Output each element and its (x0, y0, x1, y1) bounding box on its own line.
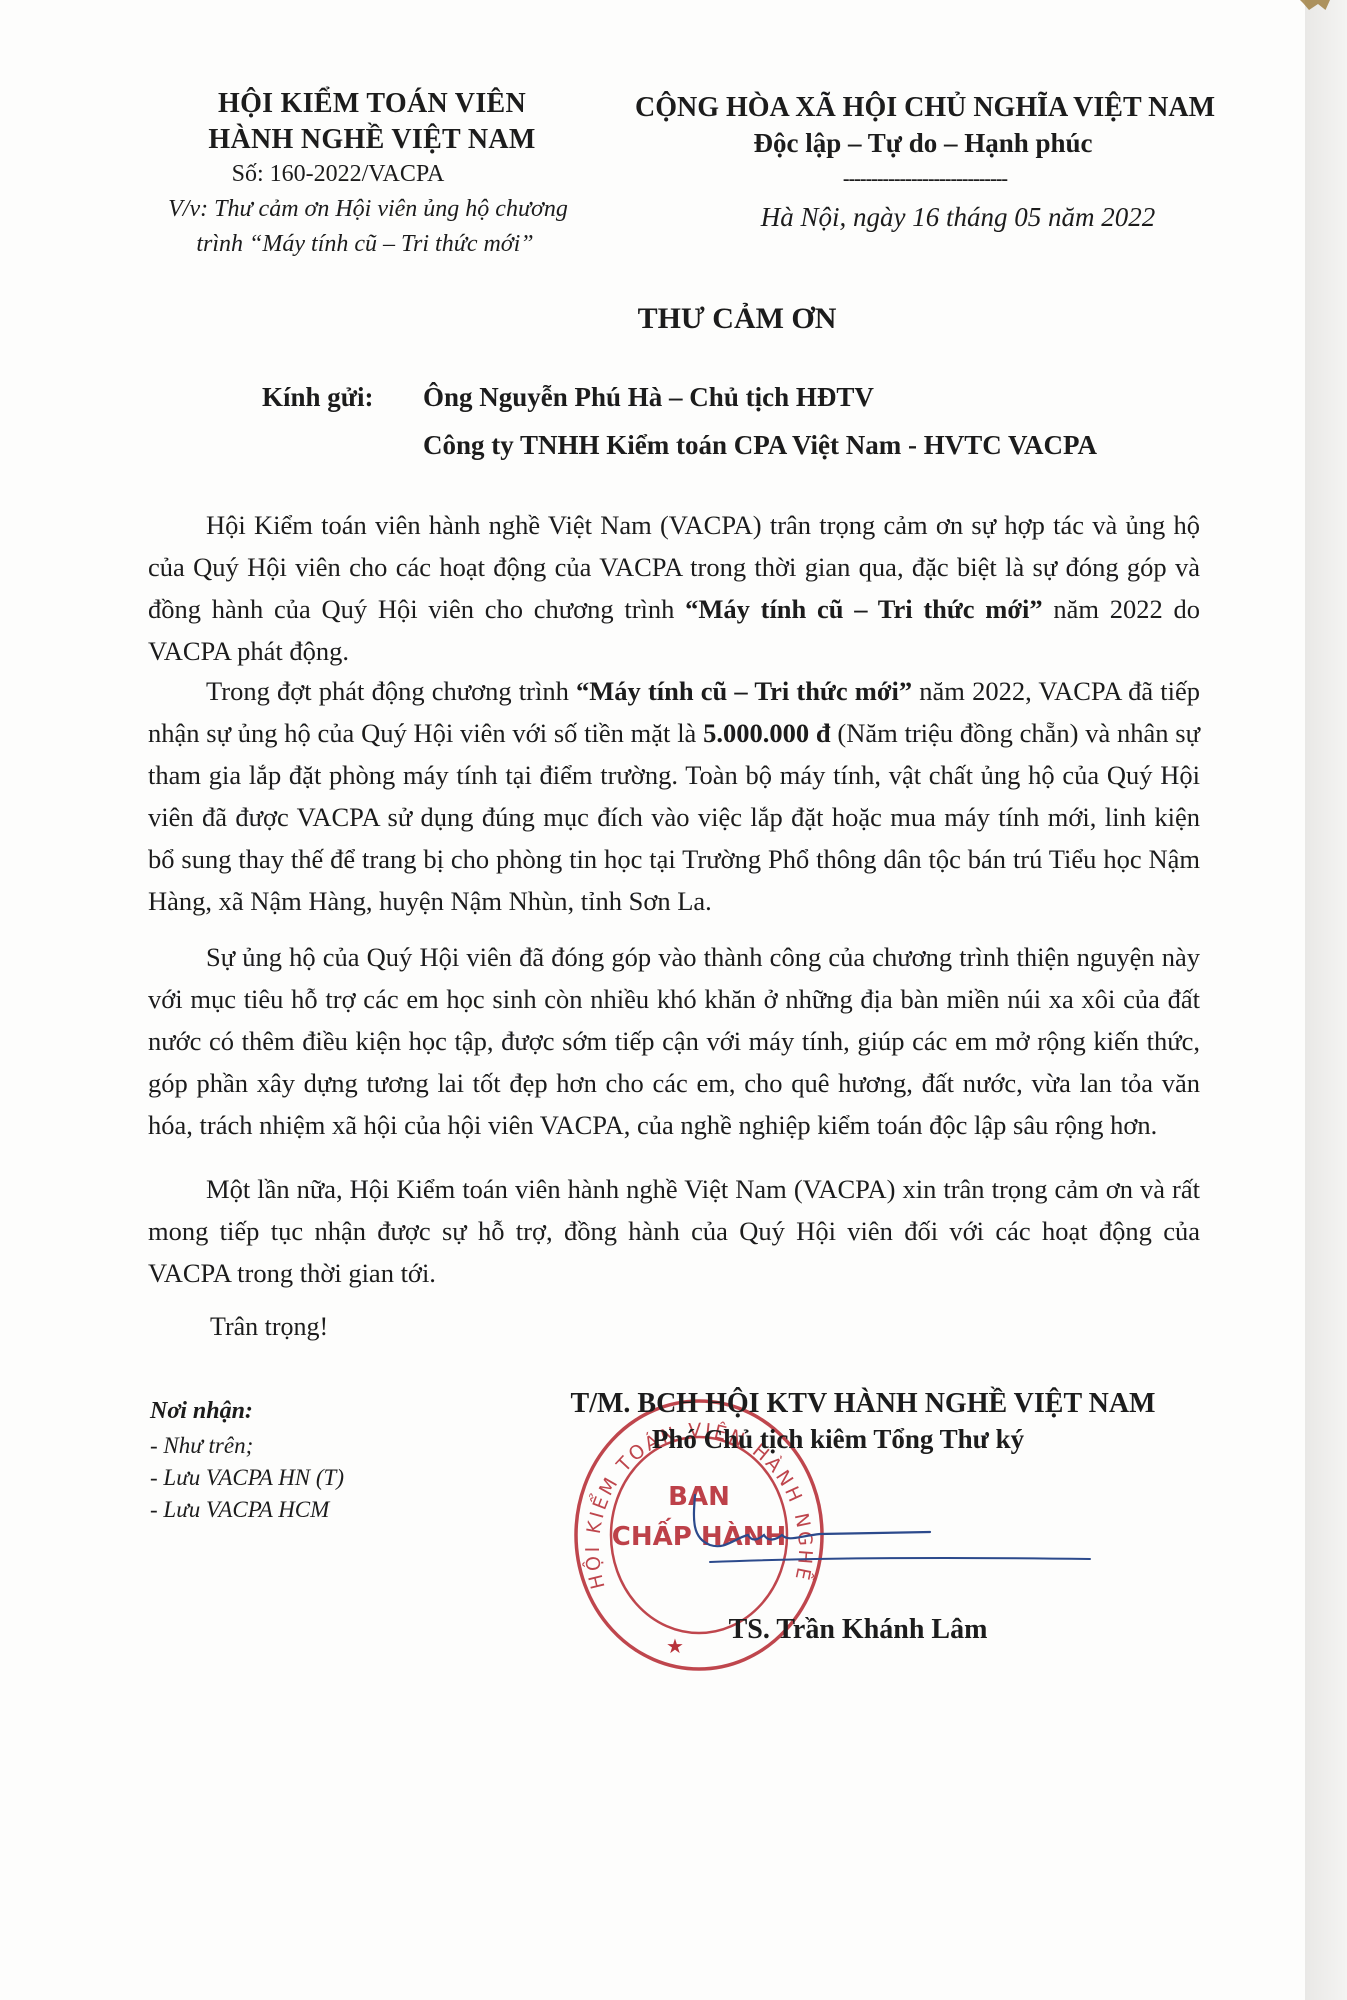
recipient-name: Ông Nguyễn Phú Hà – Chủ tịch HĐTV (423, 382, 874, 413)
recipient-item: - Lưu VACPA HCM (150, 1494, 344, 1526)
recipient-item: - Như trên; (150, 1430, 344, 1462)
closing-salutation: Trân trọng! (210, 1312, 328, 1342)
greeting-label: Kính gửi: (262, 382, 373, 413)
body-paragraph-4: Một lần nữa, Hội Kiểm toán viên hành ngh… (148, 1168, 1200, 1294)
handwritten-signature (690, 1490, 1110, 1580)
signature-on-behalf: T/M. BCH HỘI KTV HÀNH NGHỀ VIỆT NAM (571, 1388, 1156, 1420)
org-name-line2: HÀNH NGHỀ VIỆT NAM (208, 124, 535, 156)
document-number: Số: 160-2022/VACPA (232, 161, 445, 188)
signatory-name: TS. Trần Khánh Lâm (729, 1614, 988, 1646)
letter-title: THƯ CẢM ƠN (638, 302, 837, 336)
motto-separator: ----------------------------- (843, 168, 1007, 191)
body-paragraph-1: Hội Kiểm toán viên hành nghề Việt Nam (V… (148, 504, 1200, 672)
national-motto: Độc lập – Tự do – Hạnh phúc (753, 128, 1092, 159)
place-and-date: Hà Nội, ngày 16 tháng 05 năm 2022 (761, 202, 1156, 233)
signatory-role: Phó Chủ tịch kiêm Tổng Thư ký (652, 1424, 1024, 1455)
donation-amount: 5.000.000 đ (703, 718, 831, 748)
body-paragraph-3: Sự ủng hộ của Quý Hội viên đã đóng góp v… (148, 936, 1200, 1146)
subject-line1: V/v: Thư cảm ơn Hội viên ủng hộ chương (168, 196, 568, 223)
program-name: “Máy tính cũ – Tri thức mới” (576, 676, 912, 706)
recipient-company: Công ty TNHH Kiểm toán CPA Việt Nam - HV… (423, 430, 1097, 461)
recipients-list: - Như trên; - Lưu VACPA HN (T) - Lưu VAC… (150, 1430, 344, 1526)
recipients-heading: Nơi nhận: (150, 1398, 253, 1425)
paragraph-text: Trong đợt phát động chương trình (206, 676, 576, 706)
page-edge-shadow (1305, 0, 1347, 2000)
subject-line2: trình “Máy tính cũ – Tri thức mới” (196, 231, 533, 258)
stamp-star-icon: ★ (666, 1636, 684, 1658)
nation-title: CỘNG HÒA XÃ HỘI CHỦ NGHĨA VIỆT NAM (635, 92, 1215, 124)
body-paragraph-2: Trong đợt phát động chương trình “Máy tí… (148, 670, 1200, 922)
org-name-line1: HỘI KIỂM TOÁN VIÊN (218, 88, 526, 120)
program-name: “Máy tính cũ – Tri thức mới” (685, 594, 1043, 624)
recipient-item: - Lưu VACPA HN (T) (150, 1462, 344, 1494)
